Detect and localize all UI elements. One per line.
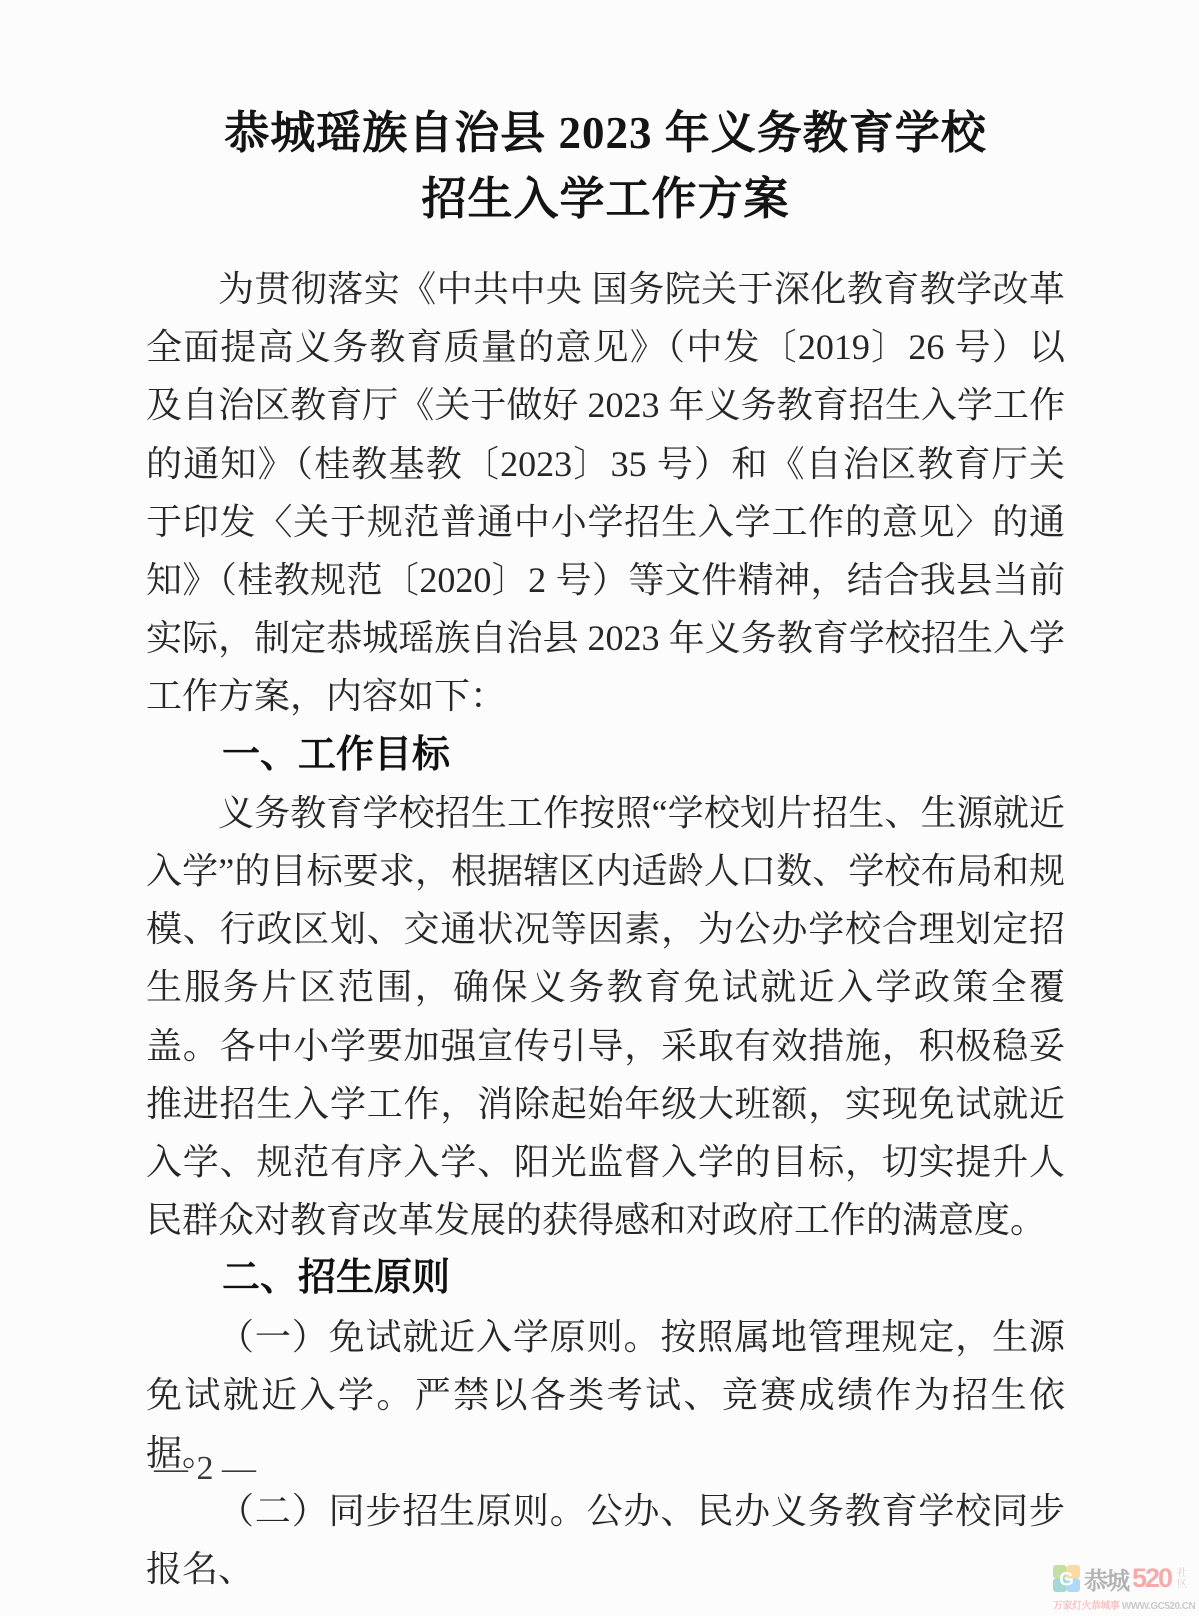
paragraph-principle-1: （一）免试就近入学原则。按照属地管理规定，生源免试就近入学。严禁以各类考试、竞赛… — [146, 1308, 1065, 1483]
document-title-line2: 招生入学工作方案 — [146, 166, 1065, 232]
watermark-community-badge: 社区 — [1177, 1568, 1188, 1590]
site-watermark: G 恭城 520 社区 万家灯火恭城事 WWW.GC520.CN — [1053, 1561, 1199, 1612]
watermark-badge-char2: 区 — [1177, 1579, 1187, 1590]
document-title: 恭城瑶族自治县 2023 年义务教育学校 招生入学工作方案 — [146, 100, 1065, 232]
document-page: 恭城瑶族自治县 2023 年义务教育学校 招生入学工作方案 为贯彻落实《中共中央… — [0, 0, 1199, 1616]
section-heading-goals: 一、工作目标 — [146, 726, 1065, 784]
watermark-site-number: 520 — [1132, 1563, 1171, 1594]
page-number: — 2 — — [154, 1450, 256, 1488]
document-title-line1: 恭城瑶族自治县 2023 年义务教育学校 — [146, 100, 1065, 166]
watermark-tagline: 万家灯火恭城事 — [1053, 1601, 1122, 1612]
watermark-badge-char1: 社 — [1177, 1568, 1187, 1579]
paragraph-principle-2: （二）同步招生原则。公办、民办义务教育学校同步报名、 — [146, 1482, 1065, 1598]
gc520-logo-icon: G — [1053, 1565, 1080, 1592]
watermark-tagline-row: 万家灯火恭城事 WWW.GC520.CN — [1053, 1597, 1199, 1612]
watermark-site-name: 恭城 — [1084, 1561, 1128, 1596]
watermark-url: WWW.GC520.CN — [1122, 1601, 1195, 1612]
paragraph-intro: 为贯彻落实《中共中央 国务院关于深化教育教学改革全面提高义务教育质量的意见》（中… — [146, 260, 1065, 726]
paragraph-goals: 义务教育学校招生工作按照“学校划片招生、生源就近入学”的目标要求，根据辖区内适龄… — [146, 784, 1065, 1250]
svg-text:G: G — [1059, 1570, 1074, 1591]
document-body: 恭城瑶族自治县 2023 年义务教育学校 招生入学工作方案 为贯彻落实《中共中央… — [146, 100, 1065, 1599]
section-heading-principles: 二、招生原则 — [146, 1249, 1065, 1307]
watermark-brand-row: G 恭城 520 社区 — [1053, 1561, 1199, 1596]
